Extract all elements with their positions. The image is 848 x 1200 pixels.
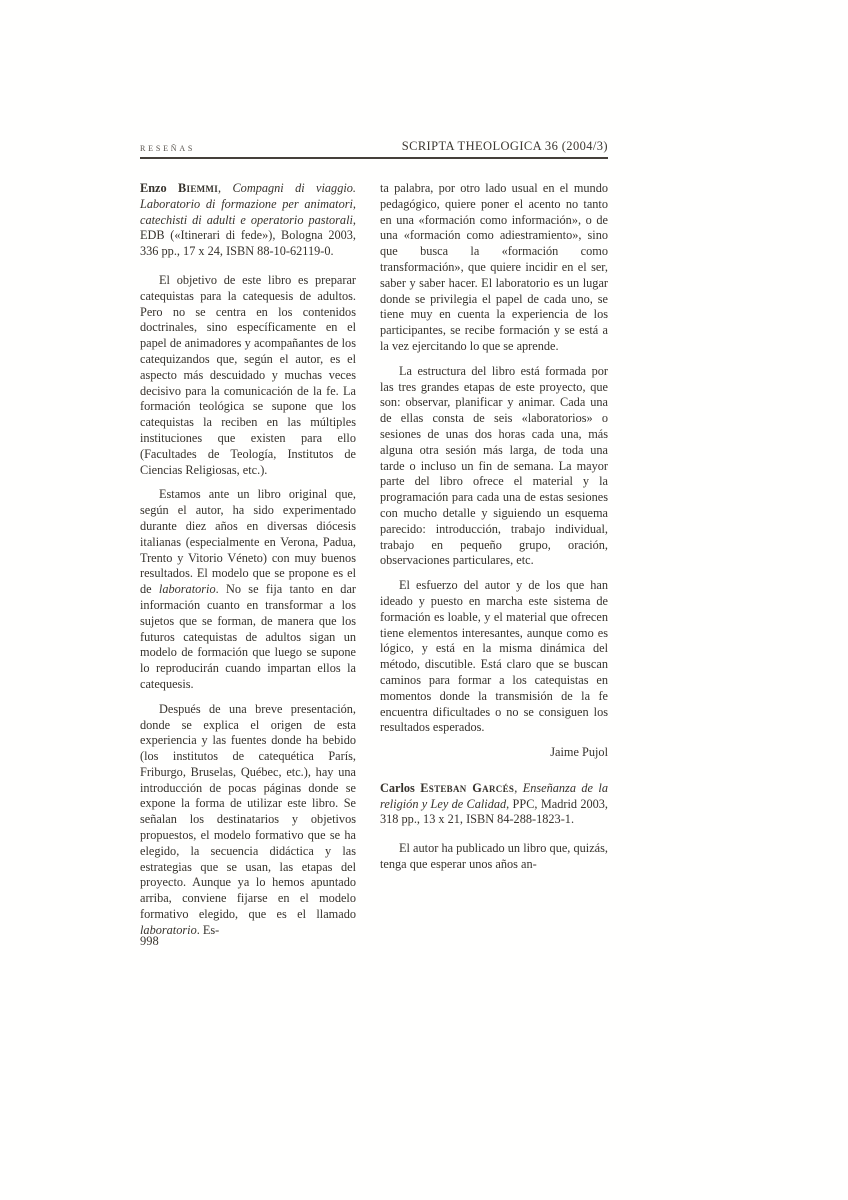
paragraph: Estamos ante un libro original que, segú… (140, 487, 356, 692)
text-run: Estamos ante un libro original que, segú… (140, 487, 356, 596)
text-run: La estructura del libro está formada por… (380, 364, 608, 568)
paragraph: Después de una breve presentación, donde… (140, 702, 356, 939)
text-run: Carlos (380, 781, 420, 795)
text-run: . Es- (197, 923, 220, 937)
text-run: Biemmi (178, 181, 218, 195)
text-run: El autor ha publicado un libro que, quiz… (380, 841, 608, 871)
text-run: Enzo (140, 181, 178, 195)
text-run: laboratorio (159, 582, 216, 596)
paragraph: El esfuerzo del autor y de los que han i… (380, 578, 608, 736)
text-run: , (218, 181, 232, 195)
column-left: Enzo Biemmi, Compagni di viaggio. Labora… (140, 181, 356, 948)
bib-entry: Enzo Biemmi, Compagni di viaggio. Labora… (140, 181, 356, 260)
paragraph: ta palabra, por otro lado usual en el mu… (380, 181, 608, 355)
bib-entry: Carlos Esteban Garcés, Enseñanza de la r… (380, 781, 608, 828)
running-header-section-title: RESEÑAS (140, 144, 195, 153)
text-run: , (514, 781, 523, 795)
text-run: Jaime Pujol (550, 745, 608, 759)
signature: Jaime Pujol (380, 745, 608, 761)
text-run: Después de una breve presentación, donde… (140, 702, 356, 921)
paragraph: La estructura del libro está formada por… (380, 364, 608, 569)
text-run: ta palabra, por otro lado usual en el mu… (380, 181, 608, 353)
column-right: ta palabra, por otro lado usual en el mu… (380, 181, 608, 948)
running-header-journal-title: SCRIPTA THEOLOGICA 36 (2004/3) (402, 139, 608, 154)
paragraph: El autor ha publicado un libro que, quiz… (380, 841, 608, 873)
text-run: Esteban Garcés (420, 781, 514, 795)
paragraph: El objetivo de este libro es preparar ca… (140, 273, 356, 478)
scanned-page: RESEÑAS SCRIPTA THEOLOGICA 36 (2004/3) E… (0, 0, 848, 1200)
text-run: El objetivo de este libro es preparar ca… (140, 273, 356, 477)
text-columns: Enzo Biemmi, Compagni di viaggio. Labora… (140, 181, 608, 948)
page-number: 998 (140, 934, 159, 949)
text-run: El esfuerzo del autor y de los que han i… (380, 578, 608, 734)
text-run: . No se fija tanto en dar información cu… (140, 582, 356, 691)
running-header: RESEÑAS SCRIPTA THEOLOGICA 36 (2004/3) (140, 139, 608, 159)
